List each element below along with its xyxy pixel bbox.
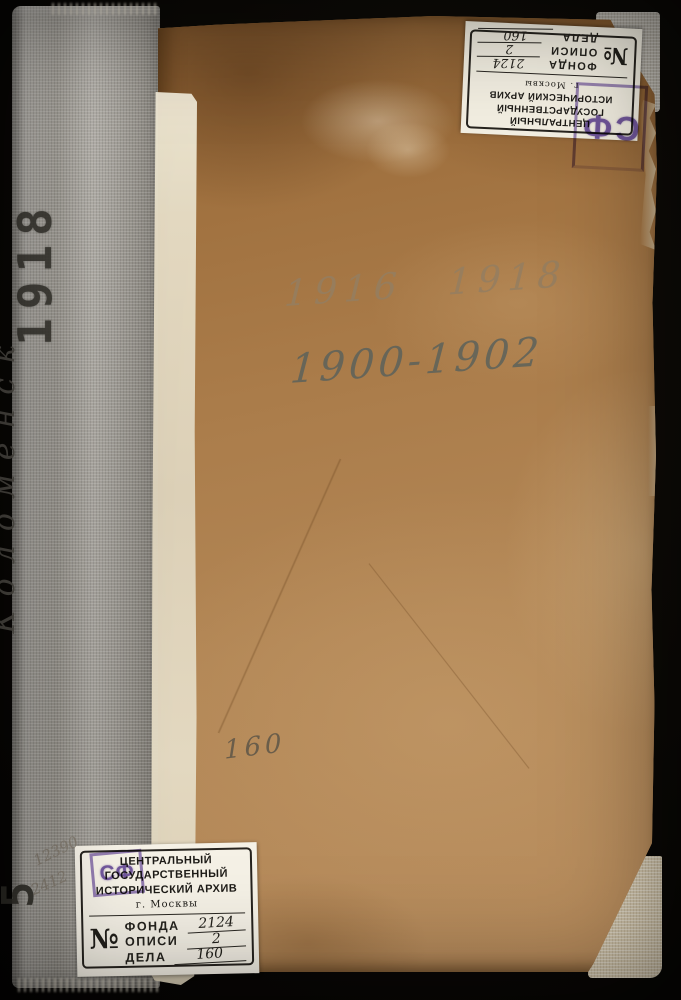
pencil-number: 160: [224, 728, 286, 766]
number-sign: №: [603, 32, 630, 69]
archive-stamp-top: СФ: [572, 82, 648, 172]
archive-stamp-bottom: СФ: [89, 849, 145, 898]
handwritten-years-bottom: 1900-1902: [289, 329, 545, 393]
cover-crease: [368, 563, 530, 769]
delo-row: ДЕЛА 160: [125, 947, 246, 965]
handwritten-years-top: 1916 1918: [283, 254, 568, 315]
delo-label: ДЕЛА: [561, 30, 598, 44]
delo-label: ДЕЛА: [125, 950, 166, 965]
archive-org-city: г. Москвы: [89, 896, 245, 912]
opis-label: ОПИСИ: [549, 44, 597, 58]
fond-label: ФОНДА: [547, 58, 597, 72]
delo-value: 160: [478, 27, 553, 42]
worn-right-edge: [648, 406, 658, 496]
spine-fray-bottom: [18, 978, 158, 992]
fond-value: 2124: [477, 55, 540, 70]
delo-value: 160: [174, 945, 246, 965]
book-cover-photo: Коломенск 1918 5 1916 1918 1900-1902 160…: [0, 0, 681, 1000]
number-sign: №: [89, 924, 119, 966]
opis-label: ОПИСИ: [125, 934, 178, 949]
opis-value: 2: [477, 41, 541, 56]
spine-edge-inscription: Коломенск: [0, 332, 22, 634]
spine-fray-top: [52, 3, 156, 15]
archive-label-bottom: ЦЕНТРАЛЬНЫЙ ГОСУДАРСТВЕННЫЙ ИСТОРИЧЕСКИЙ…: [75, 842, 260, 977]
spine-year-text: 1918: [8, 136, 62, 346]
cover-crease: [217, 458, 342, 733]
fond-label: ФОНДА: [125, 918, 180, 933]
